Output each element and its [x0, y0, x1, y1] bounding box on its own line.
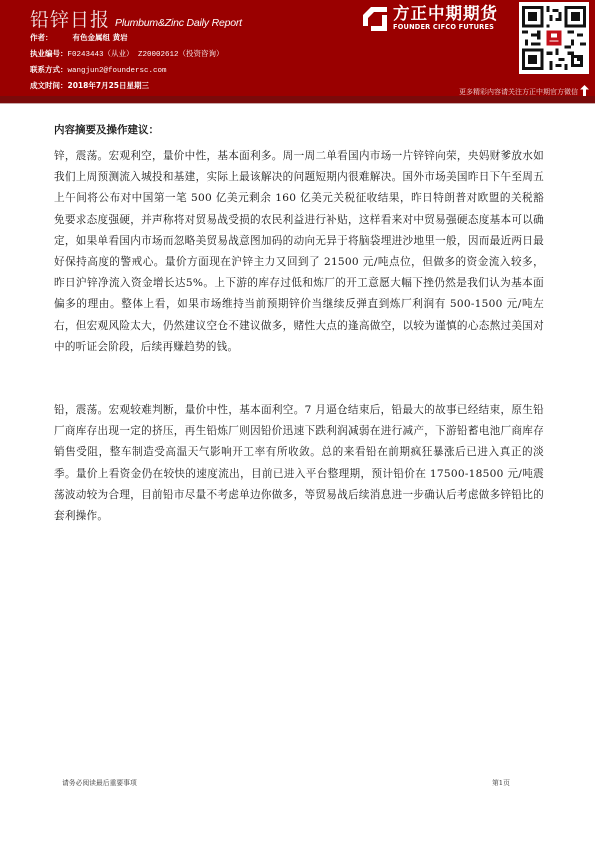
wechat-qr-code[interactable] — [519, 2, 589, 74]
zinc-paragraph: 锌，震荡。宏观利空，量价中性，基本面利多。周一周二单看国内市场一片锌锌向荣，央妈… — [54, 146, 544, 358]
author-value: 有色金属组 黄岩 — [73, 33, 128, 42]
logo-name-en: FOUNDER CIFCO FUTURES — [393, 23, 498, 32]
author-row: 作者：有色金属组 黄岩 — [30, 32, 128, 43]
report-header: 铅锌日报 Plumbum&Zinc Daily Report 作者：有色金属组 … — [0, 0, 595, 96]
report-title: 铅锌日报 Plumbum&Zinc Daily Report — [30, 5, 242, 32]
lead-paragraph: 铅，震荡。宏观较难判断，量价中性，基本面利空。7 月逼仓结束后，铅最大的故事已经… — [54, 400, 544, 527]
report-title-en: Plumbum&Zinc Daily Report — [115, 17, 242, 29]
date-row: 成文时间：2018年7月25日星期三 — [30, 80, 149, 91]
date-label: 成文时间： — [30, 80, 68, 91]
company-logo: 方正中期期货 FOUNDER CIFCO FUTURES — [362, 5, 498, 32]
license-value: F0243443（从业） Z20002612（投资咨询） — [68, 51, 224, 59]
report-title-cn: 铅锌日报 — [30, 5, 110, 32]
logo-mark-icon — [362, 6, 388, 32]
header-dark-strip — [0, 96, 595, 103]
section-title: 内容摘要及操作建议： — [54, 122, 544, 137]
author-label: 作者： — [30, 32, 53, 43]
contact-row: 联系方式：wangjun2@foundersc.com — [30, 64, 167, 75]
contact-label: 联系方式： — [30, 64, 68, 75]
license-label: 执业编号： — [30, 48, 68, 59]
report-body: 内容摘要及操作建议： 锌，震荡。宏观利空，量价中性，基本面利多。周一周二单看国内… — [54, 122, 544, 527]
date-value: 2018年7月25日星期三 — [68, 81, 150, 90]
logo-name-cn: 方正中期期货 — [393, 5, 498, 23]
contact-email[interactable]: wangjun2@foundersc.com — [68, 67, 167, 75]
follow-wechat-text: 更多精彩内容请关注方正中期官方微信 — [459, 87, 578, 97]
page-number: 第1页 — [492, 777, 510, 787]
footer-disclaimer: 请务必阅读最后重要事项 — [62, 777, 137, 787]
license-row: 执业编号：F0243443（从业） Z20002612（投资咨询） — [30, 48, 224, 59]
header-divider — [0, 103, 595, 104]
